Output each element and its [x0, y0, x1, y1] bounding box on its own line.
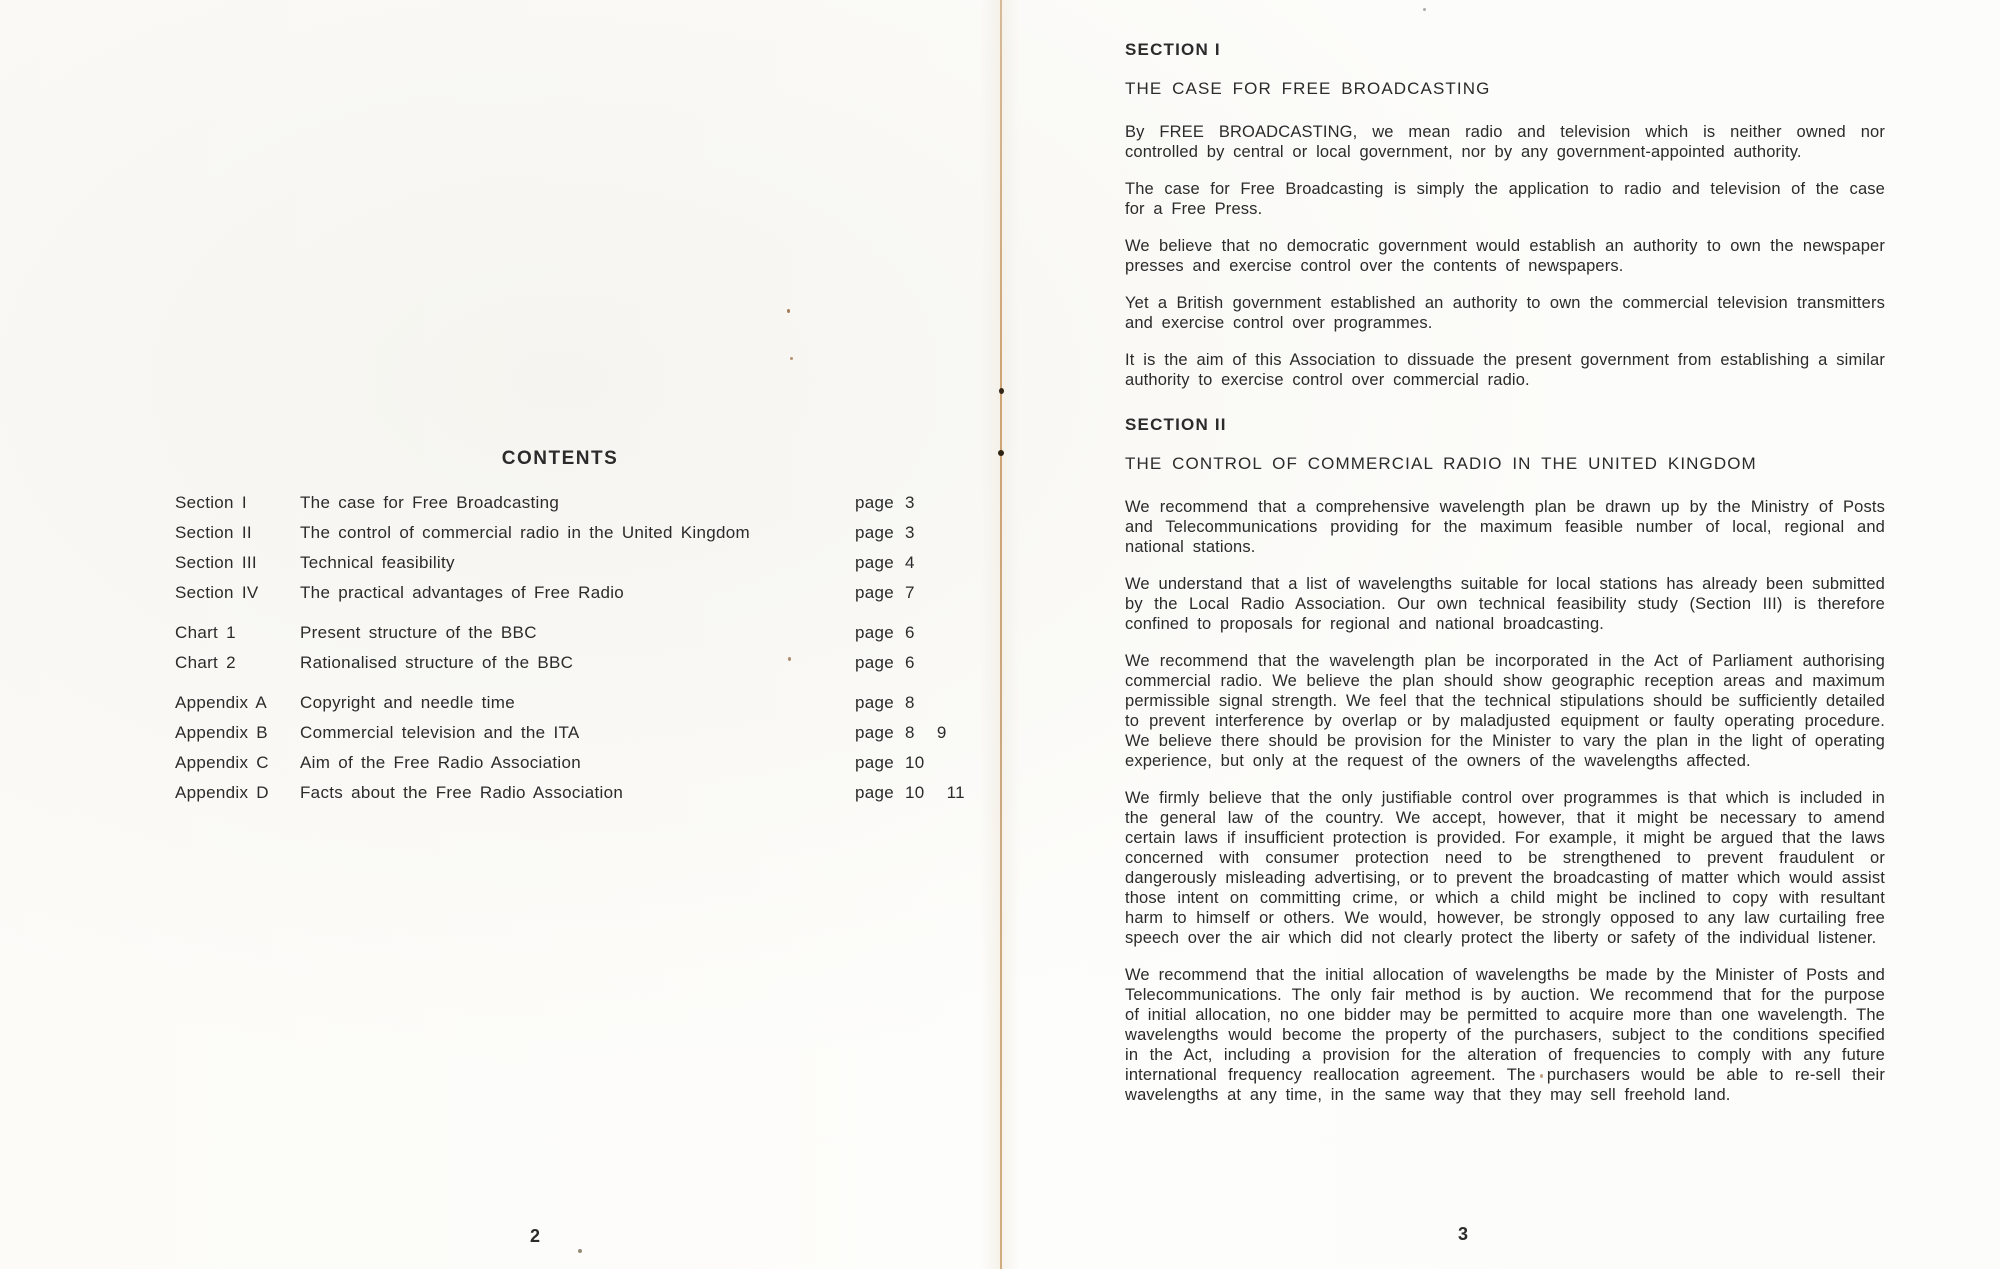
body-paragraph: By FREE BROADCASTING, we mean radio and …: [1125, 122, 1885, 162]
contents-entry: Section IIThe control of commercial radi…: [175, 518, 945, 548]
contents-entry-label: Appendix B: [175, 718, 300, 748]
contents-entry-label: Appendix A: [175, 688, 300, 718]
contents-entry-page: page 3: [855, 488, 945, 518]
contents-entry: Chart 1Present structure of the BBCpage …: [175, 618, 945, 648]
scan-speck: [1423, 8, 1426, 11]
section-heading: SECTION I: [1125, 40, 1885, 60]
contents-entry-label: Section IV: [175, 578, 300, 608]
contents-entry: Appendix ACopyright and needle timepage …: [175, 688, 945, 718]
contents-entry-title: The case for Free Broadcasting: [300, 488, 855, 518]
contents-entry: Chart 2Rationalised structure of the BBC…: [175, 648, 945, 678]
contents-entry-page: page 6: [855, 648, 945, 678]
contents-entry: Section IVThe practical advantages of Fr…: [175, 578, 945, 608]
contents-entry-title: Facts about the Free Radio Association: [300, 778, 855, 808]
contents-entry-title: Technical feasibility: [300, 548, 855, 578]
body-text-block: SECTION ITHE CASE FOR FREE BROADCASTINGB…: [1125, 40, 1885, 1105]
contents-entry-label: Section II: [175, 518, 300, 548]
contents-entry-label: Section I: [175, 488, 300, 518]
contents-entry-page: page 8: [855, 688, 945, 718]
contents-list: Section IThe case for Free Broadcastingp…: [175, 488, 945, 808]
contents-entry-page: page 10: [855, 748, 945, 778]
body-paragraph: We believe that no democratic government…: [1125, 236, 1885, 276]
contents-entry-label: Appendix D: [175, 778, 300, 808]
body-paragraph: It is the aim of this Association to dis…: [1125, 350, 1885, 390]
section-heading: SECTION II: [1125, 415, 1885, 435]
contents-entry: Section IIITechnical feasibilitypage 4: [175, 548, 945, 578]
contents-entry-label: Chart 1: [175, 618, 300, 648]
scan-speck: [787, 309, 790, 313]
contents-entry-title: Aim of the Free Radio Association: [300, 748, 855, 778]
body-paragraph: The case for Free Broadcasting is simply…: [1125, 179, 1885, 219]
contents-entry-title: Copyright and needle time: [300, 688, 855, 718]
scan-speck: [998, 450, 1004, 456]
contents-block: CONTENTS Section IThe case for Free Broa…: [175, 448, 945, 808]
body-paragraph: We recommend that the initial allocation…: [1125, 965, 1885, 1105]
page-number-right: 3: [1458, 1224, 1469, 1245]
body-paragraph: Yet a British government established an …: [1125, 293, 1885, 333]
contents-entry-title: The practical advantages of Free Radio: [300, 578, 855, 608]
body-paragraph: We recommend that a comprehensive wavele…: [1125, 497, 1885, 557]
page-number-left: 2: [530, 1226, 541, 1247]
document-spread: CONTENTS Section IThe case for Free Broa…: [0, 0, 2000, 1269]
contents-entry: Appendix BCommercial television and the …: [175, 718, 945, 748]
contents-entry-page: page 4: [855, 548, 945, 578]
contents-entry-page: page 6: [855, 618, 945, 648]
contents-entry: Section IThe case for Free Broadcastingp…: [175, 488, 945, 518]
body-paragraph: We recommend that the wavelength plan be…: [1125, 651, 1885, 771]
contents-entry-page: page 8 9: [855, 718, 947, 748]
body-paragraph: We firmly believe that the only justifia…: [1125, 788, 1885, 948]
contents-entry-title: The control of commercial radio in the U…: [300, 518, 855, 548]
contents-entry: Appendix CAim of the Free Radio Associat…: [175, 748, 945, 778]
contents-entry-title: Present structure of the BBC: [300, 618, 855, 648]
contents-entry-label: Section III: [175, 548, 300, 578]
scan-speck: [999, 388, 1004, 394]
section-subheading: THE CONTROL OF COMMERCIAL RADIO IN THE U…: [1125, 454, 1885, 474]
scan-speck: [578, 1249, 582, 1253]
contents-entry-page: page 7: [855, 578, 945, 608]
contents-entry-label: Appendix C: [175, 748, 300, 778]
contents-entry: Appendix DFacts about the Free Radio Ass…: [175, 778, 945, 808]
contents-entry-title: Commercial television and the ITA: [300, 718, 855, 748]
page-fold-line: [1000, 0, 1002, 1269]
body-paragraph: We understand that a list of wavelengths…: [1125, 574, 1885, 634]
contents-entry-page: page 10 11: [855, 778, 965, 808]
contents-entry-title: Rationalised structure of the BBC: [300, 648, 855, 678]
section-subheading: THE CASE FOR FREE BROADCASTING: [1125, 79, 1885, 99]
contents-entry-label: Chart 2: [175, 648, 300, 678]
contents-title: CONTENTS: [175, 448, 945, 470]
scan-speck: [790, 357, 793, 360]
contents-entry-page: page 3: [855, 518, 945, 548]
